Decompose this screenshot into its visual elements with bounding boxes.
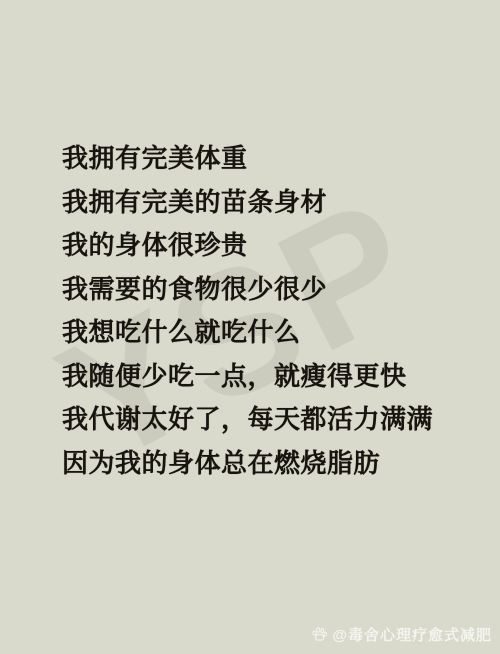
credit-watermark: @毒舍心理疗愈式减肥 (311, 624, 492, 645)
affirmation-line-2: 我拥有完美的苗条身材 (62, 181, 433, 225)
baidu-paw-icon (311, 626, 328, 643)
affirmation-line-1: 我拥有完美体重 (62, 137, 433, 181)
affirmation-line-6: 我随便少吃一点，就瘦得更快 (62, 355, 433, 399)
affirmation-text-block: 我拥有完美体重 我拥有完美的苗条身材 我的身体很珍贵 我需要的食物很少很少 我想… (62, 137, 433, 485)
credit-handle-text: @毒舍心理疗愈式减肥 (332, 624, 492, 645)
affirmation-line-7: 我代谢太好了，每天都活力满满 (62, 398, 433, 442)
poster-canvas: YSP 我拥有完美体重 我拥有完美的苗条身材 我的身体很珍贵 我需要的食物很少很… (0, 0, 500, 654)
affirmation-line-8: 因为我的身体总在燃烧脂肪 (62, 442, 433, 486)
affirmation-line-5: 我想吃什么就吃什么 (62, 311, 433, 355)
affirmation-line-4: 我需要的食物很少很少 (62, 268, 433, 312)
affirmation-line-3: 我的身体很珍贵 (62, 224, 433, 268)
